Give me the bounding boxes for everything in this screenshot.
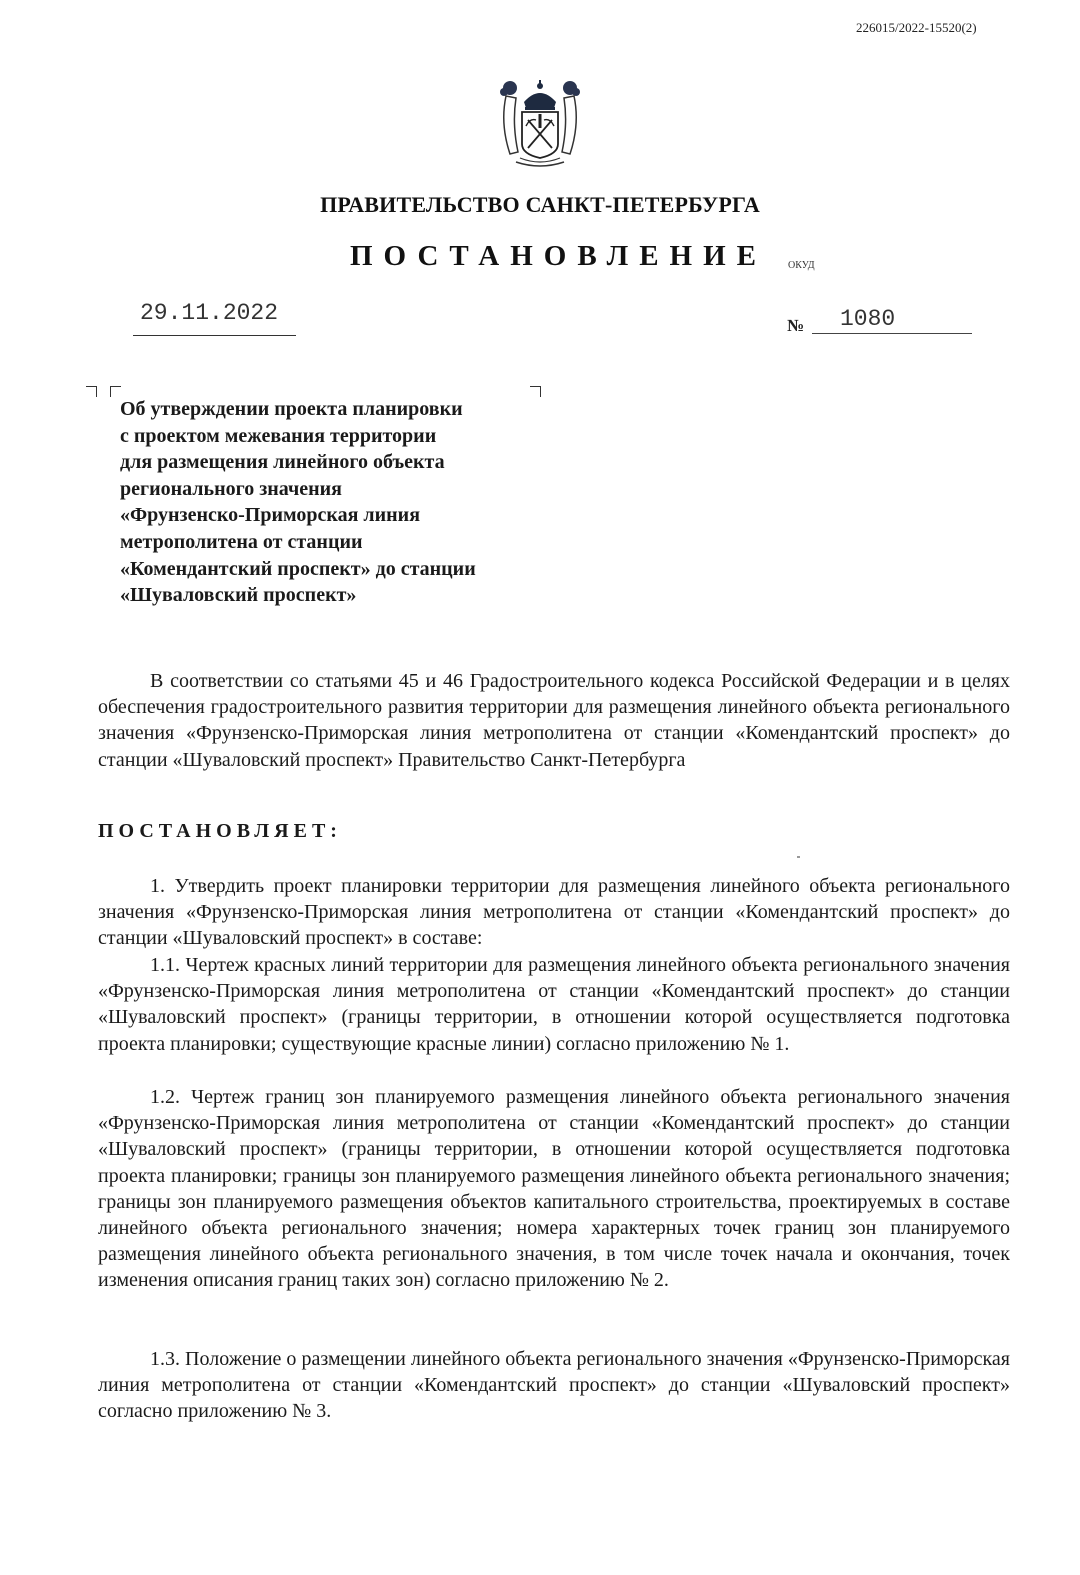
resolves-heading: ПОСТАНОВЛЯЕТ:: [98, 820, 342, 843]
clause-1: 1. Утвердить проект планировки территори…: [98, 873, 1010, 952]
okud-label: ОКУД: [788, 260, 815, 271]
title-line: Об утверждении проекта планировки: [120, 396, 560, 423]
issuing-authority: ПРАВИТЕЛЬСТВО САНКТ-ПЕТЕРБУРГА: [0, 192, 1080, 218]
clause-1-2: 1.2. Чертеж границ зон планируемого разм…: [98, 1084, 1010, 1294]
title-line: «Фрунзенско-Приморская линия: [120, 502, 560, 529]
document-title: Об утверждении проекта планировки с прое…: [120, 396, 560, 609]
number-underline: [812, 333, 972, 334]
title-line: «Шуваловский проспект»: [120, 582, 560, 609]
clause-1-1: 1.1. Чертеж красных линий территории для…: [98, 952, 1010, 1057]
title-line: регионального значения: [120, 476, 560, 503]
number-sign: №: [787, 316, 804, 336]
preamble-paragraph: В соответствии со статьями 45 и 46 Градо…: [98, 668, 1010, 773]
document-number: 1080: [840, 306, 895, 332]
document-registration-id: 226015/2022-15520(2): [856, 20, 977, 36]
title-line: метрополитена от станции: [120, 529, 560, 556]
title-line: с проектом межевания территории: [120, 423, 560, 450]
title-line: для размещения линейного объекта: [120, 449, 560, 476]
coat-of-arms-icon: [490, 74, 590, 174]
corner-bracket-left-outer: [86, 386, 97, 397]
document-date: 29.11.2022: [140, 300, 278, 326]
title-line: «Комендантский проспект» до станции: [120, 556, 560, 583]
date-underline: [133, 335, 296, 336]
scan-artifact: [797, 856, 800, 858]
document-type-heading: ПОСТАНОВЛЕНИЕ: [350, 240, 767, 273]
clause-1-3: 1.3. Положение о размещении линейного об…: [98, 1346, 1010, 1425]
